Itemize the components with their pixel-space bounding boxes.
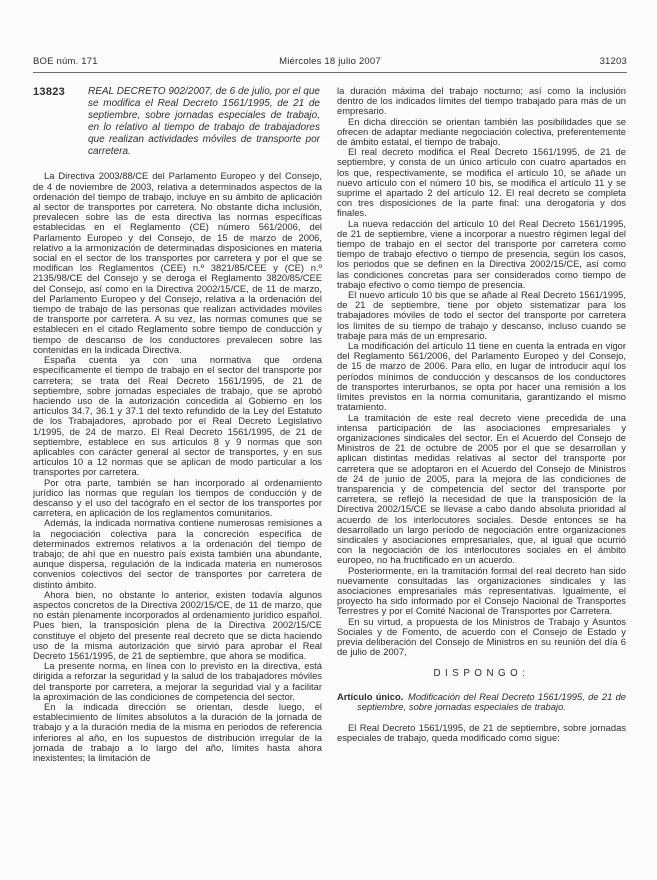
paragraph: Ahora bien, no obstante lo anterior, exi… [33, 590, 322, 661]
decree-title-block: 13823 REAL DECRETO 902/2007, de 6 de jul… [33, 86, 322, 157]
paragraph: La Directiva 2003/88/CE del Parlamento E… [33, 171, 322, 355]
header-page-number: 31203 [467, 56, 627, 67]
paragraph: Además, la indicada normativa contiene n… [33, 518, 322, 589]
paragraph: El real decreto modifica el Real Decreto… [337, 147, 626, 218]
left-column: 13823 REAL DECRETO 902/2007, de 6 de jul… [33, 86, 322, 763]
paragraph: La nueva redacción del artículo 10 del R… [337, 219, 626, 290]
paragraph: la duración máxima del trabajo nocturno;… [337, 86, 626, 117]
dispongo-heading: DISPONGO: [337, 669, 626, 679]
paragraph: En la indicada dirección se orientan, de… [33, 702, 322, 763]
paragraph: En su virtud, a propuesta de los Ministr… [337, 617, 626, 658]
left-column-paragraphs: La Directiva 2003/88/CE del Parlamento E… [33, 171, 322, 763]
paragraph: El Real Decreto 1561/1995, de 21 de sept… [337, 723, 626, 743]
right-column: la duración máxima del trabajo nocturno;… [337, 86, 626, 763]
paragraph: La presente norma, en línea con lo previ… [33, 661, 322, 702]
paragraph: Por otra parte, también se han incorpora… [33, 478, 322, 519]
paragraph: El nuevo artículo 10 bis que se añade al… [337, 290, 626, 341]
paragraph: La modificación del artículo 11 tiene en… [337, 341, 626, 412]
text-columns: 13823 REAL DECRETO 902/2007, de 6 de jul… [33, 86, 627, 763]
decree-title: REAL DECRETO 902/2007, de 6 de julio, po… [88, 86, 320, 157]
decree-number: 13823 [33, 86, 73, 157]
boe-gazette-page: BOE núm. 171 Miércoles 18 julio 2007 312… [0, 0, 657, 880]
paragraph: Posteriormente, en la tramitación formal… [337, 566, 626, 617]
paragraph: España cuenta ya con una normativa que o… [33, 355, 322, 477]
article-heading: Artículo único. Modificación del Real De… [337, 692, 626, 712]
paragraph: La tramitación de este real decreto vien… [337, 413, 626, 566]
paragraph: En dicha dirección se orientan también l… [337, 117, 626, 148]
page-header: BOE núm. 171 Miércoles 18 julio 2007 312… [33, 56, 627, 73]
header-date: Miércoles 18 julio 2007 [193, 56, 467, 67]
header-issue: BOE núm. 171 [33, 56, 193, 67]
